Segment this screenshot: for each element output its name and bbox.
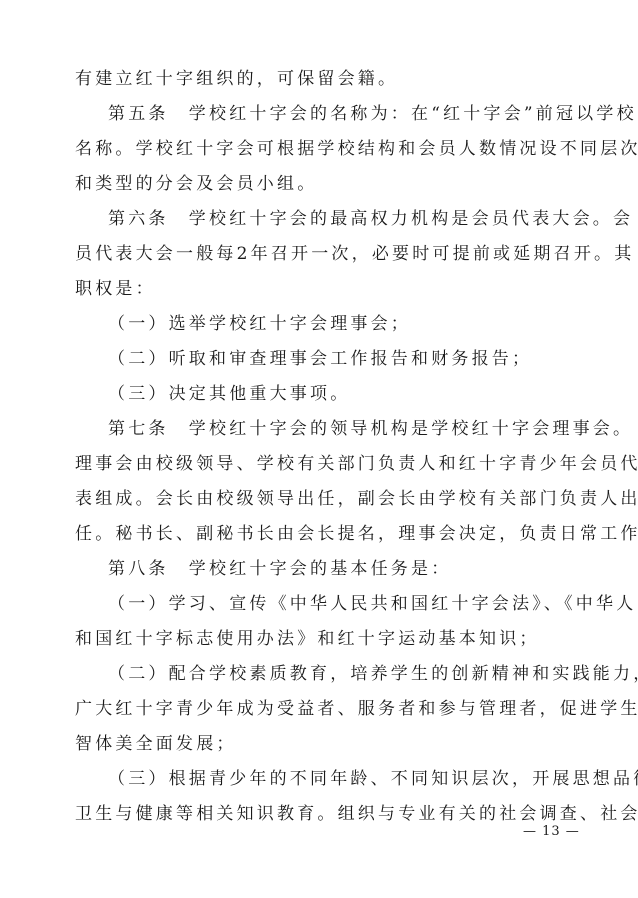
text-line: 任。秘书长、副秘书长由会长提名，理事会决定，负责日常工作。 bbox=[75, 517, 565, 552]
text-line: 有建立红十字组织的，可保留会籍。 bbox=[75, 62, 565, 97]
text-line: 员代表大会一般每2年召开一次，必要时可提前或延期召开。其 bbox=[75, 237, 565, 272]
text-line: 表组成。会长由校级领导出任，副会长由学校有关部门负责人出 bbox=[75, 482, 565, 517]
list-item: （二）听取和审查理事会工作报告和财务报告； bbox=[75, 342, 565, 377]
text-line: 智体美全面发展； bbox=[75, 727, 565, 762]
text-line: 职权是： bbox=[75, 272, 565, 307]
text-line: 广大红十字青少年成为受益者、服务者和参与管理者，促进学生德 bbox=[75, 692, 565, 727]
article-6-heading-line: 第六条 学校红十字会的最高权力机构是会员代表大会。会 bbox=[75, 202, 565, 237]
text-line: 卫生与健康等相关知识教育。组织与专业有关的社会调查、社会 bbox=[75, 797, 565, 832]
list-item: （二）配合学校素质教育，培养学生的创新精神和实践能力，使 bbox=[75, 657, 565, 692]
document-page: 有建立红十字组织的，可保留会籍。 第五条 学校红十字会的名称为：在“红十字会”前… bbox=[0, 0, 638, 898]
article-8-heading-line: 第八条 学校红十字会的基本任务是： bbox=[75, 552, 565, 587]
list-item: （一）学习、宣传《中华人民共和国红十字会法》、《中华人民共 bbox=[75, 587, 565, 622]
page-number: — 13 — bbox=[523, 824, 580, 839]
text-line: 理事会由校级领导、学校有关部门负责人和红十字青少年会员代 bbox=[75, 447, 565, 482]
text-line: 和国红十字标志使用办法》和红十字运动基本知识； bbox=[75, 622, 565, 657]
text-line: 名称。学校红十字会可根据学校结构和会员人数情况设不同层次 bbox=[75, 132, 565, 167]
body-text: 有建立红十字组织的，可保留会籍。 第五条 学校红十字会的名称为：在“红十字会”前… bbox=[75, 62, 565, 832]
list-item: （三）决定其他重大事项。 bbox=[75, 377, 565, 412]
list-item: （三）根据青少年的不同年龄、不同知识层次，开展思想品德、 bbox=[75, 762, 565, 797]
article-5-heading-line: 第五条 学校红十字会的名称为：在“红十字会”前冠以学校 bbox=[75, 97, 565, 132]
list-item: （一）选举学校红十字会理事会； bbox=[75, 307, 565, 342]
article-7-heading-line: 第七条 学校红十字会的领导机构是学校红十字会理事会。 bbox=[75, 412, 565, 447]
text-line: 和类型的分会及会员小组。 bbox=[75, 167, 565, 202]
